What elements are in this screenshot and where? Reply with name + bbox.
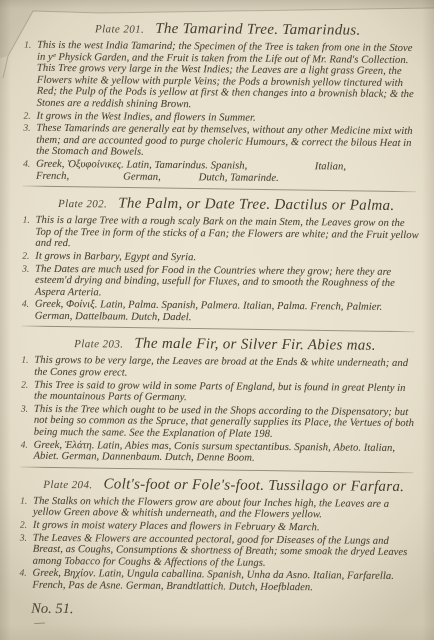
- item-number: 1.: [24, 40, 38, 110]
- item-text: The Dates are much used for Food in the …: [35, 263, 419, 301]
- plate-label: Plate 201.: [95, 23, 144, 35]
- section-title: Colt's-foot or Fole's-foot. Tussilago or…: [103, 476, 404, 495]
- item-number: 4.: [22, 299, 35, 322]
- section-heading: Plate 204. Colt's-foot or Fole's-foot. T…: [20, 474, 417, 495]
- item-number: 3.: [22, 263, 35, 298]
- plate-section-202: Plate 202. The Palm, or Date Tree. Dacti…: [22, 194, 420, 326]
- section-heading: Plate 201. The Tamarind Tree. Tamarindus…: [24, 19, 421, 40]
- list-item: 2. This Tree is said to grow wild in som…: [21, 379, 418, 406]
- item-text: This is the Tree which ought to be used …: [34, 404, 418, 442]
- item-number: 3.: [20, 532, 33, 567]
- plate-label: Plate 204.: [43, 479, 92, 491]
- section-divider: [20, 466, 413, 473]
- item-text: This is a large Tree with a rough scaly …: [35, 215, 419, 253]
- item-text: This grows to be very large, the Leaves …: [34, 355, 418, 382]
- item-text: These Tamarinds are generally eat by the…: [36, 123, 420, 161]
- item-number: 3.: [21, 404, 34, 439]
- page-content: Plate 201. The Tamarind Tree. Tamarindus…: [0, 0, 434, 627]
- item-number: 4.: [19, 568, 32, 591]
- list-item: 4. Greek, Ὀξυφοίνικες. Latin, Tamarindus…: [23, 159, 420, 186]
- plate-label: Plate 202.: [58, 198, 107, 210]
- item-text: Greek, Ὀξυφοίνικες. Latin, Tamarindus. S…: [36, 159, 420, 186]
- list-item: 3. These Tamarinds are generally eat by …: [23, 123, 420, 161]
- item-number: 2.: [21, 379, 34, 402]
- plate-section-201: Plate 201. The Tamarind Tree. Tamarindus…: [23, 19, 421, 186]
- list-item: 1. The Stalks on which the Flowers grow …: [20, 495, 417, 522]
- item-number: 2.: [20, 520, 33, 532]
- item-text: Greek, Βηχίον. Latin, Ungula caballina. …: [32, 568, 416, 595]
- item-text: The Leaves & Flowers are accounted pecto…: [33, 532, 417, 570]
- plate-section-204: Plate 204. Colt's-foot or Fole's-foot. T…: [19, 474, 417, 594]
- page-number: No. 51.: [31, 600, 416, 620]
- item-number: 3.: [23, 123, 36, 158]
- item-number: 1.: [22, 215, 35, 250]
- item-number: 2.: [23, 110, 36, 122]
- item-text: This Tree is said to grow wild in some P…: [34, 379, 418, 406]
- list-item: 4. Greek, Φοίνιξ. Latin, Palma. Spanish,…: [22, 299, 419, 326]
- item-number: 4.: [23, 159, 36, 182]
- list-item: 3. This is the Tree which ought to be us…: [21, 404, 418, 442]
- list-item: 4. Greek, Ἐλάτη. Latin, Abies mas, Conis…: [20, 439, 417, 466]
- item-text: Greek, Φοίνιξ. Latin, Palma. Spanish, Pa…: [35, 299, 419, 326]
- item-number: 1.: [20, 495, 33, 518]
- section-heading: Plate 203. The male Fir, or Silver Fir. …: [21, 334, 418, 355]
- plate-section-203: Plate 203. The male Fir, or Silver Fir. …: [20, 334, 418, 466]
- section-heading: Plate 202. The Palm, or Date Tree. Dacti…: [23, 194, 420, 215]
- item-number: 2.: [22, 251, 35, 263]
- scanned-page: Plate 201. The Tamarind Tree. Tamarindus…: [0, 0, 434, 640]
- section-divider: [22, 326, 415, 333]
- plate-label: Plate 203.: [74, 339, 123, 351]
- item-text: This is the west India Tamarind; the Spe…: [37, 40, 422, 113]
- list-item: 4. Greek, Βηχίον. Latin, Ungula caballin…: [19, 568, 416, 595]
- list-item: 1. This grows to be very large, the Leav…: [21, 355, 418, 382]
- item-number: 4.: [20, 439, 33, 462]
- list-item: 1. This is a large Tree with a rough sca…: [22, 215, 419, 253]
- section-title: The male Fir, or Silver Fir. Abies mas.: [134, 336, 376, 354]
- footer-dash: [34, 622, 45, 624]
- section-title: The Tamarind Tree. Tamarindus.: [155, 21, 360, 39]
- list-item: 3. The Dates are much used for Food in t…: [22, 263, 419, 301]
- section-title: The Palm, or Date Tree. Dactilus or Palm…: [118, 196, 394, 214]
- list-item: 1. This is the west India Tamarind; the …: [24, 40, 422, 113]
- list-item: 3. The Leaves & Flowers are accounted pe…: [20, 532, 417, 570]
- section-divider: [23, 186, 416, 193]
- item-number: 1.: [21, 355, 34, 378]
- item-text: Greek, Ἐλάτη. Latin, Abies mas, Conis su…: [33, 439, 417, 466]
- item-text: The Stalks on which the Flowers grow are…: [33, 496, 417, 523]
